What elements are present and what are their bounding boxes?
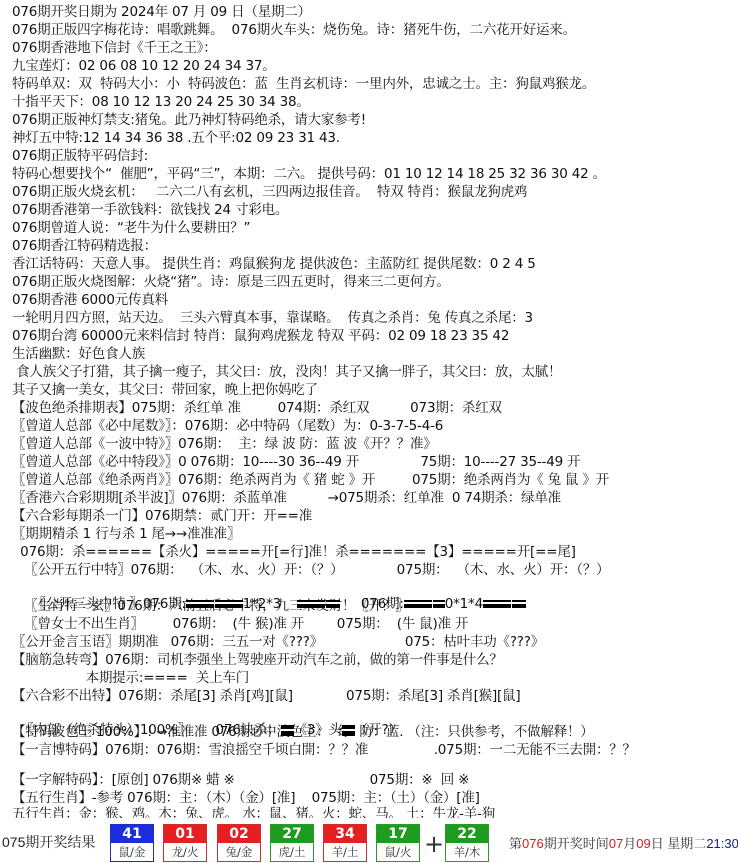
ball-number: 01 [164,825,206,843]
ball-zodiac: 羊/木 [446,843,488,861]
draw-weekday: 二 [693,836,706,851]
ball-zodiac: 龙/火 [164,843,206,861]
text-line: 〖公开五行中特〗076期： （木、水、火）开：（？） 075期： （木、水、火）… [12,562,609,578]
inner-head-suffix: （开?） [355,722,402,738]
text-line: 〖曾道人总部《必中特段》〗0 076期：10----30 36--49 开 75… [12,454,580,470]
text-line: 076期台湾 60000元来料信封 特肖：鼠狗鸡虎猴龙 特双 平码：02 09 … [12,328,509,344]
text-line: 076期正版火烧玄机： 二六二八有玄机，三四两边报佳音。 特双 特肖：猴鼠龙狗虎… [12,184,527,200]
text-line: 生活幽默：好色食人族 [12,346,145,362]
result-ball: 34 羊/土 [323,824,367,862]
bar-icon [483,600,511,608]
text-line: 076期正版神灯禁支:猪兔。此乃神灯特码绝杀，请大家参考! [12,112,366,128]
result-ball: 01 龙/火 [163,824,207,862]
text-line: 香江话特码：天意人事。 提供生肖：鸡鼠猴狗龙 提供波色：主蓝防红 提供尾数：0 … [12,256,536,272]
text-line: 【波色绝杀排期表】075期：杀红单 准 074期：杀红双 073期：杀红双 [12,400,502,416]
block-icon [342,725,355,736]
text-line: 【五行生肖】-参考 076期：主：（木）（金）[准] 075期：主：（土）（金）… [12,790,480,806]
text-line: 076期曾道人说：“老牛为什么要耕田？” [12,220,250,236]
ball-zodiac: 羊/土 [324,843,366,861]
ball-number: 22 [446,825,488,843]
text-line: 076期香港 6000元传真料 [12,292,168,308]
three-heads-code-b: 0*1*4 [445,596,483,612]
three-heads-period: 076期: [340,596,403,612]
ball-zodiac: 鼠/火 [377,843,419,861]
text-line: 076期正版特平码信封: [12,148,148,164]
text-line: 076期香港地下信封《千王之王》： [12,40,217,56]
text-line: 【脑筋急转弯】076期：司机李强坐上驾驶座开动汽车之前，做的第一件事是什么？ [12,652,503,668]
three-heads-line: 〖公开三头中特 〗076期:1*2*3 076期:0*1*4 [12,580,526,612]
result-ball: 17 鼠/火 [376,824,420,862]
text-line: 【一字解特码】：[原创] 076期※ 蜡 ※ 075期：※ 回 ※ [12,772,469,788]
draw-issue: 076 [522,836,544,851]
next-draw-info: 第076期开奖时间07月09日 星期二21:30 [509,833,738,852]
bar-icon [297,600,325,608]
text-line: 〖曾女士不出生肖〗 076期： (牛 猴)准 开 075期： (牛 鼠)准 开 [12,616,468,632]
text-line: 一轮明月四方照，站天边。 三头六臂真本事，靠谋略。 传真之杀肖：兔 传真之杀尾：… [12,310,533,326]
bar-icon [326,600,340,608]
text-line: 076期：杀======【杀火】=====开[=行]准！杀=======【3】=… [12,544,576,560]
text-line: 【六合彩每期杀一门】076期禁：贰门开：开==准 [12,508,312,524]
result-ball: 41 鼠/金 [110,824,154,862]
text-line: 076期开奖日期为 2024年 07 月 09 日（星期二） [12,4,311,20]
text-line: 【六合彩不出特】076期：杀尾[3] 杀肖[鸡][鼠] 075期：杀尾[3] 杀… [12,688,520,704]
text-line: 【一言博特码】076期：076期：雪浪摇空千顷白開：？？准 .075期：一二无能… [12,742,636,758]
text-line: 本期提示:==== 关上车门 [12,670,249,686]
text-line: 076期香江特码精选报： [12,238,157,254]
draw-text: 月 [623,836,636,851]
block-icon [281,725,294,736]
text-line: 〖曾道人总部《必中尾数》〗：076期：必中特码（尾数）为：0-3-7-5-4-6 [12,418,443,434]
text-line: 十指平天下：08 10 12 13 20 24 25 30 34 38。 [12,94,310,110]
draw-month: 07 [609,836,623,851]
three-heads-code-076: 1*2*3 [243,596,281,612]
bar-icon [186,600,214,608]
draw-day: 09 [636,836,650,851]
text-line: 076期正版火烧图解：火烧“猪”。诗：原是三四五更时，得来三二更何方。 [12,274,450,290]
inner-head-prefix: 〖内部（绝杀特头）100%〗 076诀杀： [20,722,280,738]
plus-icon: + [424,830,444,858]
special-ball: 22 羊/木 [445,824,489,862]
bar-icon [215,600,243,608]
inner-head-mid: 《3》头 [294,722,342,738]
text-line: 神灯五中特:12 14 34 36 38 .五个平:02 09 23 31 43… [12,130,340,146]
results-label: 075期开奖结果 [2,832,95,852]
text-line: 〖期期精杀 1 行与杀 1 尾→→准准准〗 [12,526,240,542]
ball-number: 27 [271,825,313,843]
text-line: 〖曾道人总部《一波中特》〗076期： 主：绿 波 防：蓝 波《开？？准》 [12,436,437,452]
text-line: 076期香港第一手欲钱料：欲钱找 24 寸彩电。 [12,202,288,218]
ball-zodiac: 鼠/金 [111,843,153,861]
bar-icon [404,600,432,608]
draw-time: 21:30 [706,836,738,851]
text-line: 〖香港六合彩期期[杀半波]〗076期：杀蓝单准 →075期杀：红单准 0 74期… [12,490,561,506]
text-line: 特码心想要找个“ 催肥”，平码“三”，本期：二六。 提供号码：01 10 12 … [12,166,606,182]
text-line: 食人族父子打猎，其子擒一瘦子，其父曰：放，没肉！其子又擒一胖子，其父曰：放，太腻… [12,364,561,380]
draw-results-bar: 075期开奖结果 41 鼠/金 01 龙/火 02 兔/金 27 虎/土 34 … [0,818,738,863]
text-line: 九宝莲灯：02 06 08 10 12 20 24 34 37。 [12,58,276,74]
text-line: 〖曾道人总部《绝杀两肖》〗076期：绝杀两肖为《 猪 蛇 》开 075期：绝杀两… [12,472,609,488]
result-ball: 02 兔/金 [217,824,261,862]
text-line: 其子又擒一美女，其父曰：带回家，晚上把你妈吃了 [12,382,318,398]
inner-head-line: 〖内部（绝杀特头）100%〗 076诀杀：《3》头（开?） [12,706,402,738]
three-heads-prefix: 〖公开三头中特 〗076期: [20,596,186,612]
ball-zodiac: 兔/金 [218,843,260,861]
draw-text: 期开奖时间 [544,836,609,851]
ball-number: 02 [218,825,260,843]
text-line: 〖公开金言玉语〗期期准 076期：三五一对《???》 075：枯叶丰功《???》 [12,634,544,650]
draw-text: 第 [509,836,522,851]
draw-text: 日 星期 [651,836,694,851]
bar-icon [433,600,445,608]
ball-number: 34 [324,825,366,843]
bar-icon [512,600,526,608]
ball-number: 17 [377,825,419,843]
text-line: 特码单双：双 特码大小：小 特码波色：蓝 生肖玄机诗：一里内外，忠诚之士。主：狗… [12,76,595,92]
ball-zodiac: 虎/土 [271,843,313,861]
result-ball: 27 虎/土 [270,824,314,862]
ball-number: 41 [111,825,153,843]
text-line: 076期正版四字梅花诗：唱歌跳舞。 076期火车头：烧伤兔。诗：猪死牛伤，二六花… [12,22,576,38]
